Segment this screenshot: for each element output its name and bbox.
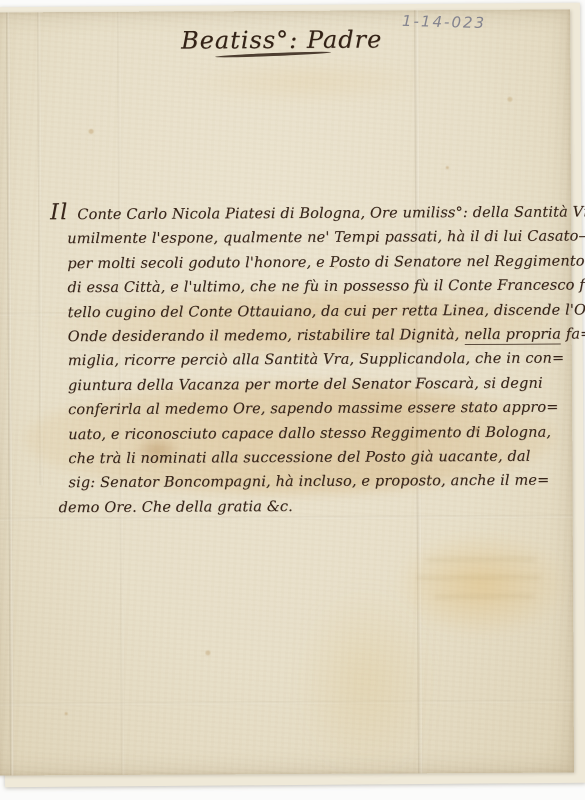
manuscript-line: Il Conte Carlo Nicola Piatesi di Bologna… — [50, 200, 556, 227]
fold-crease-horizontal — [0, 699, 574, 706]
manuscript-paper: Beatiss°: Padre Il Conte Carlo Nicola Pi… — [0, 9, 574, 775]
line-text: demo Ore. Che della gratia &c. — [59, 499, 293, 516]
manuscript-line: di essa Città, e l'ultimo, che ne fù in … — [50, 273, 556, 300]
stain — [394, 532, 570, 638]
line-text: miglia, ricorre perciò alla Santità Vra,… — [68, 351, 565, 370]
line-text: di essa Città, e l'ultimo, che ne fù in … — [67, 277, 585, 296]
fold-crease-vertical — [6, 12, 14, 775]
stain — [178, 58, 438, 105]
letter-body: Il Conte Carlo Nicola Piatesi di Bologna… — [50, 200, 558, 520]
manuscript-line: giuntura della Vacanza per morte del Sen… — [51, 370, 557, 397]
manuscript-line: conferirla al medemo Ore, sapendo massim… — [51, 395, 557, 422]
manuscript-line: tello cugino del Conte Ottauiano, da cui… — [51, 297, 557, 324]
line-text: uato, e riconosciuto capace dallo stesso… — [68, 424, 551, 443]
ink-showthrough — [434, 595, 534, 599]
line-underlined-text: nella propria — [464, 327, 561, 346]
line-text: Onde desiderando il medemo, ristabilire … — [68, 327, 465, 345]
photo-background: Beatiss°: Padre Il Conte Carlo Nicola Pi… — [0, 0, 585, 800]
manuscript-line: umilmente l'espone, qualmente ne' Tempi … — [50, 224, 556, 251]
archival-number-pencil: 1-14-023 — [402, 12, 487, 32]
line-text: Conte Carlo Nicola Piatesi di Bologna, O… — [77, 204, 585, 223]
manuscript-line: miglia, ricorre perciò alla Santità Vra,… — [51, 346, 557, 373]
manuscript-line: uato, e riconosciuto capace dallo stesso… — [51, 419, 557, 446]
line-initial: Il — [50, 200, 77, 225]
manuscript-line: demo Ore. Che della gratia &c. — [52, 492, 558, 519]
line-text: giuntura della Vacanza per morte del Sen… — [68, 375, 543, 393]
manuscript-line: sig: Senator Boncompagni, hà incluso, e … — [51, 468, 557, 495]
manuscript-line: Onde desiderando il medemo, ristabilire … — [51, 322, 557, 349]
ink-showthrough — [416, 576, 541, 580]
letter-heading-text: Beatiss°: Padre — [181, 25, 382, 54]
line-text: per molti secoli goduto l'honore, e Post… — [67, 253, 585, 272]
stain — [298, 588, 434, 774]
line-text: che trà li nominati alla successione del… — [68, 449, 530, 467]
line-text: sig: Senator Boncompagni, hà incluso, e … — [68, 473, 549, 492]
manuscript-line: che trà li nominati alla successione del… — [51, 444, 557, 471]
line-text: tello cugino del Conte Ottauiano, da cui… — [68, 302, 585, 321]
line-text: umilmente l'espone, qualmente ne' Tempi … — [67, 229, 585, 248]
manuscript-line: per molti secoli goduto l'honore, e Post… — [50, 248, 556, 275]
ink-showthrough — [426, 558, 536, 562]
line-text: fa= — [561, 326, 585, 342]
fold-crease-vertical — [37, 12, 43, 485]
line-text: conferirla al medemo Ore, sapendo massim… — [68, 400, 559, 419]
